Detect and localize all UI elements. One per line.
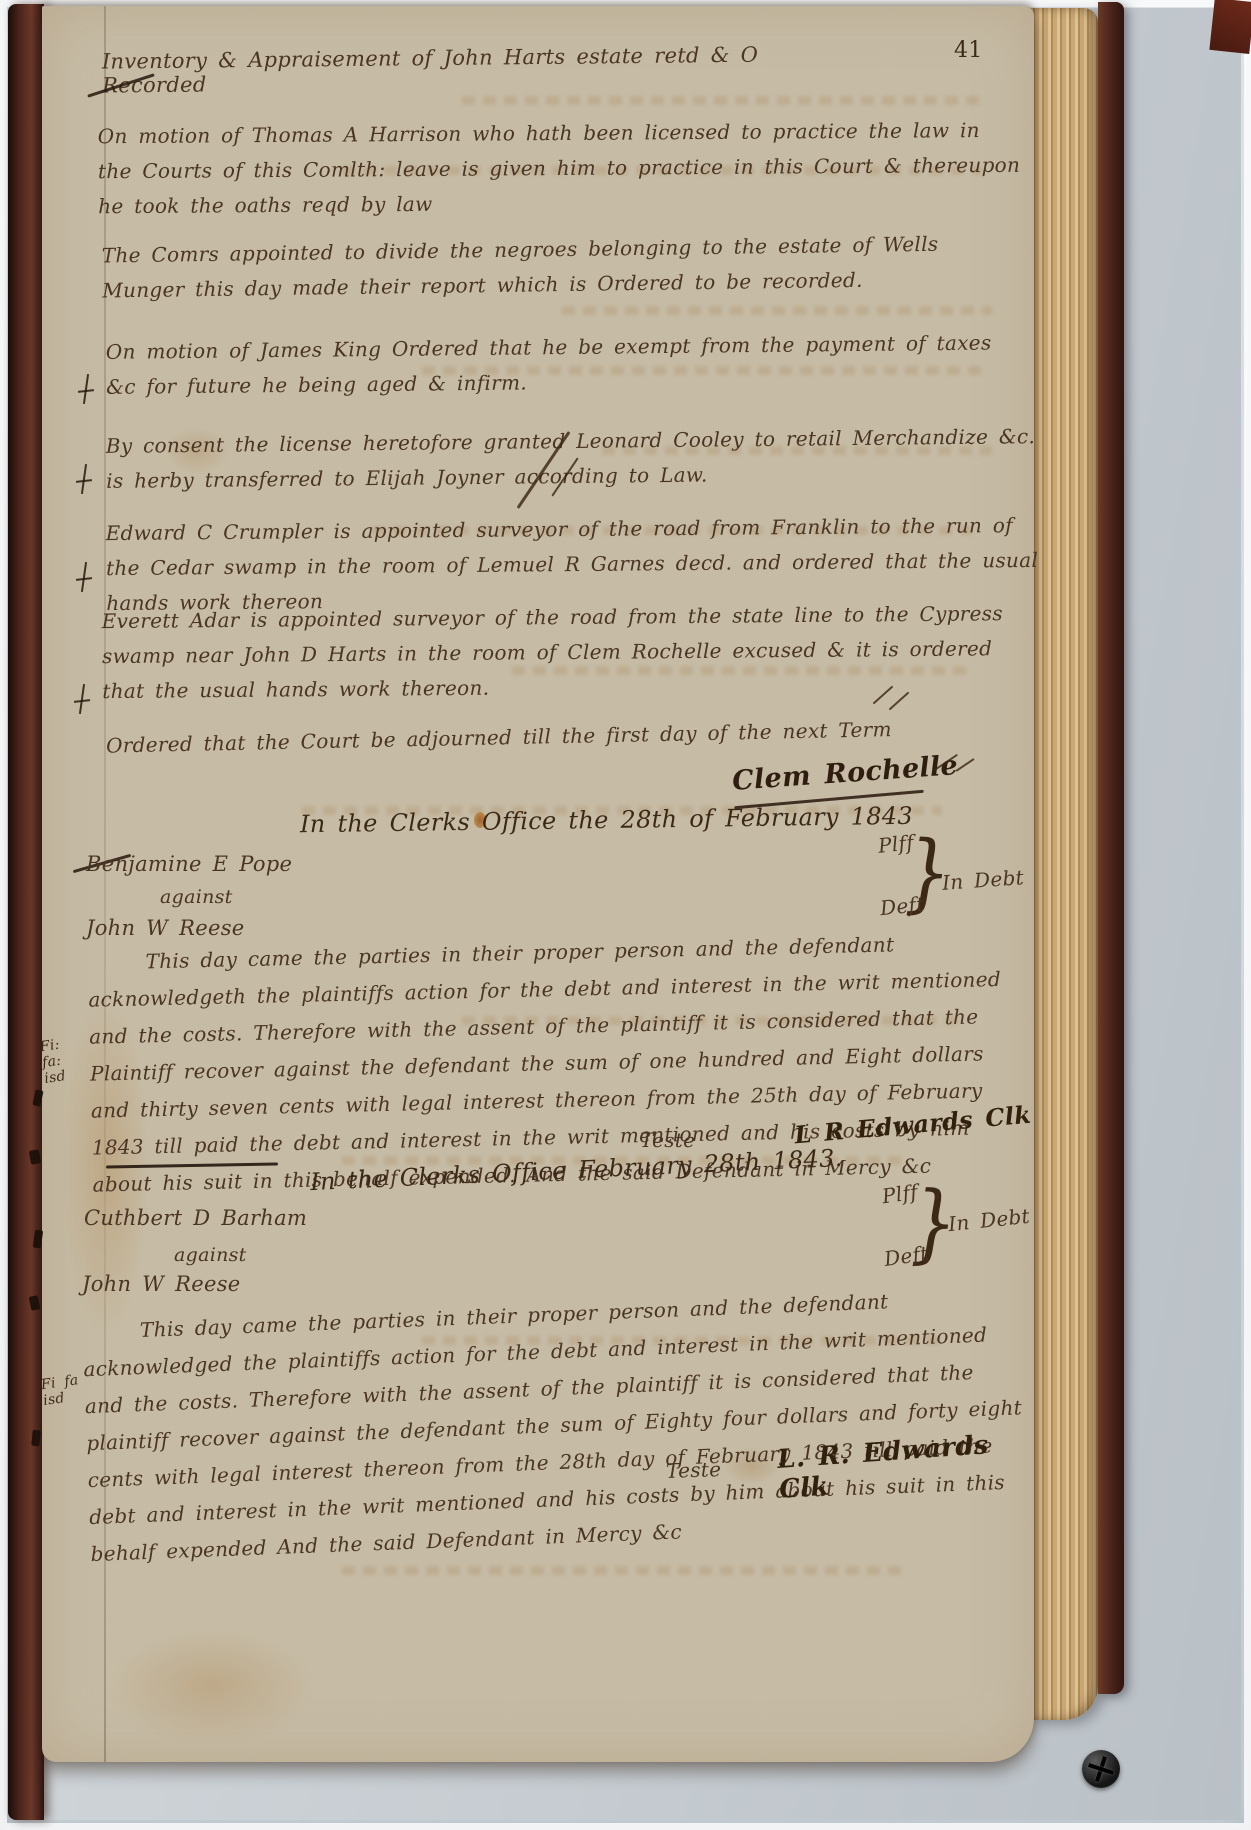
justice-signature: Clem Rochelle [731,750,959,797]
court-order-entry: Everett Adar is appointed surveyor of th… [102,596,1038,709]
photographed-record-book: Inventory & Appraisement of John Harts e… [0,0,1251,1830]
teste-label: Teste [666,1457,722,1483]
manuscript-page: Inventory & Appraisement of John Harts e… [42,6,1034,1762]
versus-label: against [174,1244,247,1266]
margin-note: Fi: fa: isd [39,1033,91,1087]
defendant-name: John W Reese [86,916,245,940]
court-order-entry: On motion of James King Ordered that he … [106,325,1032,405]
page-title: Inventory & Appraisement of John Harts e… [102,42,782,97]
page-number: 41 [954,38,983,63]
margin-tick [76,464,92,494]
case-body: This day came the parties in their prope… [81,1278,1038,1573]
book-cover-edge [1098,2,1124,1694]
case-type-label: In Debt [947,1204,1031,1236]
court-order-entry: On motion of Thomas A Harrison who hath … [98,113,1024,224]
stain [102,1626,322,1746]
mounting-screw [1082,1750,1120,1788]
defendant-name: John W Reese [82,1272,241,1296]
bleed-through [562,306,992,315]
bleed-through [342,1566,902,1575]
court-order-entry: By consent the license heretofore grante… [106,419,1037,499]
book-spine [8,4,44,1820]
teste-label: Teste [640,1128,695,1152]
adjournment-entry: Ordered that the Court be adjourned till… [106,711,927,763]
versus-label: against [160,886,233,908]
margin-tick [76,562,92,592]
case-type-label: In Debt [941,865,1024,895]
pen-stroke [955,758,974,772]
court-order-entry: The Comrs appointed to divide the negroe… [102,226,1028,309]
plaintiff-name: Cuthbert D Barham [84,1206,307,1230]
defendant-abbr: Deft [879,892,926,921]
bleed-through [462,96,982,105]
page-edges [1030,8,1098,1720]
gutter-glyph [31,1430,41,1447]
margin-tick [74,684,90,714]
margin-note: Fi fa isd [40,1371,90,1409]
margin-tick [78,374,94,404]
book-cover-corner [1209,0,1251,54]
plaintiff-name: Benjamine E Pope [86,852,292,876]
